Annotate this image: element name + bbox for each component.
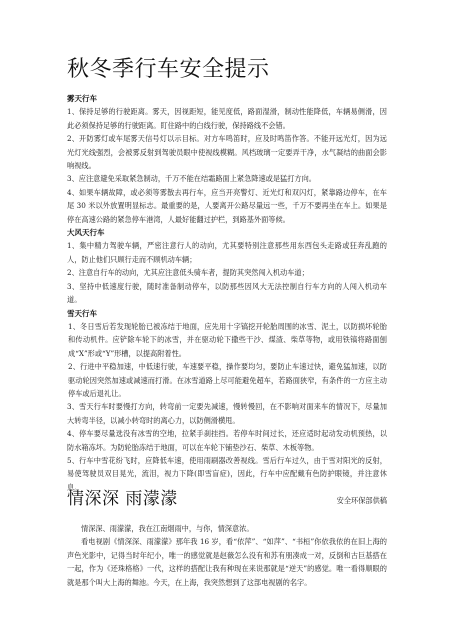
article-paragraph-2: 看电视剧《情深深、雨濛濛》那年我 16 岁，看“依萍”、“如萍”、“书桓”你依我… bbox=[67, 535, 387, 589]
wind-item-1: 1、集中精力驾驶车辆，严密注意行人的动向，尤其要特别注意那些用东西包头走路或狂奔… bbox=[67, 239, 387, 266]
snow-item-1: 1、冬日雪后若发现轮胎已被冻结于地面，应先用十字镐挖开轮胎周围的冰雪、泥土，以防… bbox=[67, 320, 387, 360]
fog-item-2: 2、开防雾灯或车尾雾天信号灯以示目标。对方车鸣笛时，应及时鸣笛作答。不能开远光灯… bbox=[67, 132, 387, 172]
page-title: 秋冬季行车安全提示 bbox=[67, 56, 270, 84]
snow-item-3: 3、雪天行车时要慢打方向，转弯前一定要先减速，慢转慢回，在不影响对面来车的情况下… bbox=[67, 400, 387, 427]
safety-tips-body: 雾天行车 1、保持足够的行驶距离。雾天，因视距短，能见度低，路面湿滑，制动性能降… bbox=[67, 92, 387, 508]
section-heading-snow: 雪天行车 bbox=[67, 307, 387, 320]
document-page: 秋冬季行车安全提示 雾天行车 1、保持足够的行驶距离。雾天，因视距短，能见度低，… bbox=[0, 0, 451, 638]
fog-item-1: 1、保持足够的行驶距离。雾天，因视距短，能见度低，路面湿滑，制动性能降低，车辆易… bbox=[67, 105, 387, 132]
wind-item-2: 2、注意自行车的动向，尤其应注意低头骑车者，提防其突然闯入机动车道； bbox=[67, 266, 387, 279]
snow-item-2: 2、行进中平稳加速，中低速行驶，车速要平稳，操作要均匀，要防止车速过快，避免猛加… bbox=[67, 360, 387, 400]
article-body: 情深深、雨濛濛，我在江南烟雨中，与你，情深意浓。 看电视剧《情深深、雨濛濛》那年… bbox=[67, 522, 387, 589]
fog-item-4: 4、如果车辆故障，或必须等雾散去再行车，应当开亮警灯、近光灯和双闪灯，紧靠路边停… bbox=[67, 186, 387, 226]
snow-item-4: 4、停车要尽量选没有冰雪的空地，拉紧手刹挂挡。若停车时间过长，还应适时起动发动机… bbox=[67, 427, 387, 454]
section-heading-fog: 雾天行车 bbox=[67, 92, 387, 105]
article-title: 情深深 雨濛濛 bbox=[67, 488, 178, 510]
article-paragraph-1: 情深深、雨濛濛，我在江南烟雨中，与你，情深意浓。 bbox=[67, 522, 387, 535]
wind-item-3: 3、坚持中低速度行驶，随时准备制动停车，以防那些因风大无法控制自行车方向的人闯入… bbox=[67, 280, 387, 307]
section-heading-wind: 大风天行车 bbox=[67, 226, 387, 239]
fog-item-3: 3、应注意避免采取紧急制动，千万不能在结霜路面上紧急降速或是猛打方向。 bbox=[67, 172, 387, 185]
